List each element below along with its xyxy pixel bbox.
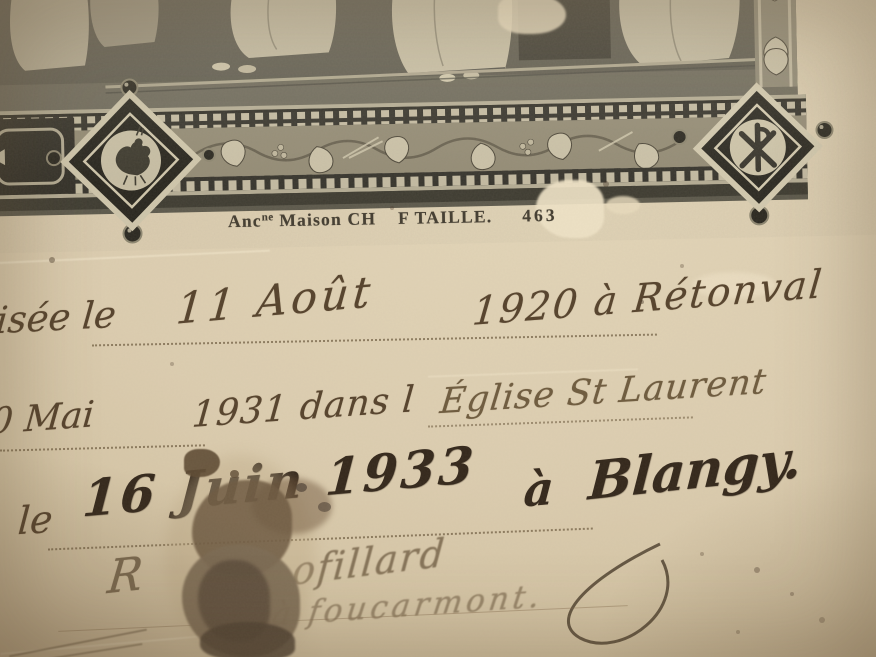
handwritten-line3-date: 16 Juin 1933 [81,434,479,528]
signature-flourish [540,538,750,657]
dotted-rule-line2a [0,444,205,451]
paper-freckles [640,300,644,304]
caption-mid: Maison CH [274,208,377,230]
signature-initial: R [105,546,145,605]
caption-prefix: Anc [228,211,262,232]
dotted-rule-line1 [92,334,657,347]
handwritten-line3-connector: à [522,460,556,517]
handwritten-line1-year-place: 1920 à Rétonval [470,262,825,335]
handwritten-line1-date: 11 Août [174,267,376,335]
large-stain-core [198,560,270,642]
handwritten-line3-pre: le [16,497,54,544]
handwritten-line3-place: Blangy. [586,428,803,512]
handwritten-line2-date: 1931 dans l [190,379,416,436]
caption-plate-number: 463 [522,205,558,226]
caption-superscript: ne [262,211,274,223]
certificate-photo: Ancne Maison CHF TAILLE.463 isée le 11 A… [0,0,876,657]
handwritten-line1-pre: isée le [0,293,118,343]
handwritten-line2-pre: 0 Mai [0,394,96,443]
caption-damaged-part: F TAILLE. [398,206,492,228]
